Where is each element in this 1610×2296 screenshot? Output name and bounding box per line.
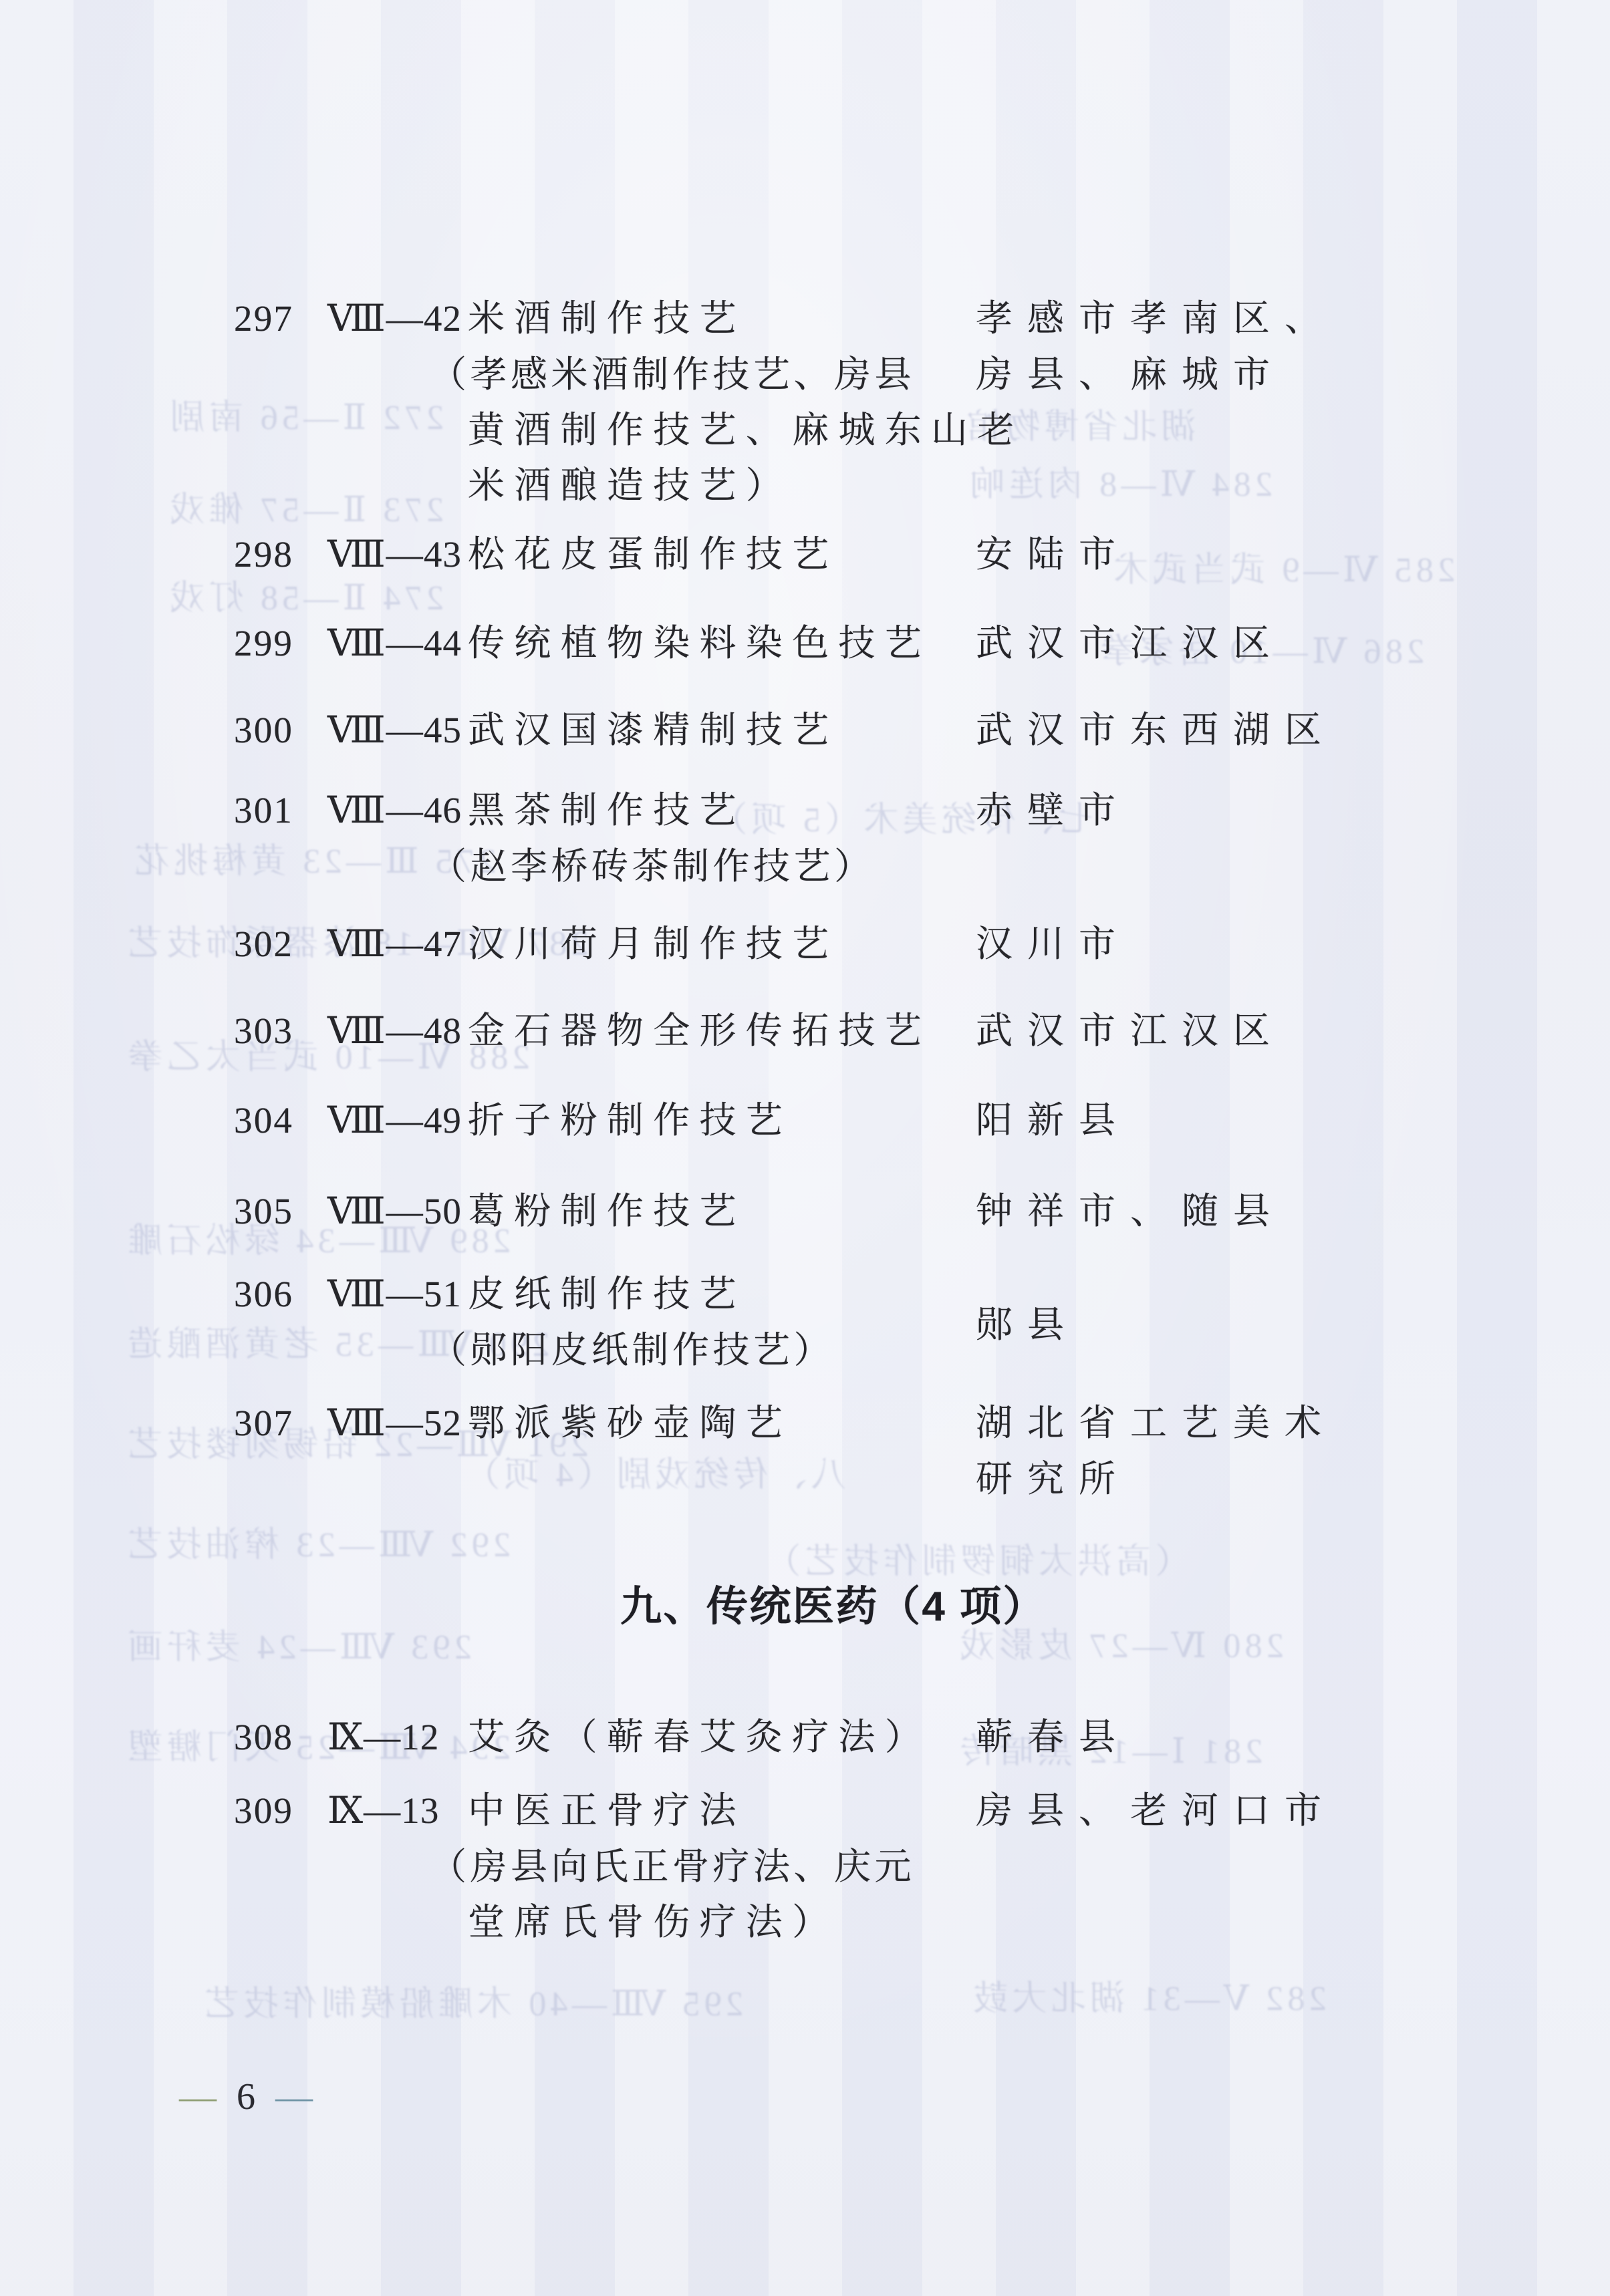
- entry-location-line: 孝感市孝南区、: [976, 299, 1336, 339]
- list-item: 304 Ⅷ—49 折子粉制作技艺 阳新县: [0, 1101, 1610, 1157]
- entry-code: Ⅷ—42: [327, 299, 462, 339]
- entry-location-line: 郧县: [976, 1305, 1079, 1345]
- entry-name-line: 黑茶制作技艺: [468, 791, 746, 831]
- bleedthrough-text: 282 Ⅴ—31 湖北大鼓: [969, 1981, 1327, 2018]
- bleedthrough-text: （高洪太铜锣制作技艺）: [762, 1544, 1190, 1581]
- entry-name-line: 汉川荷月制作技艺: [468, 924, 838, 964]
- entry-name-line: 松花皮蛋制作技艺: [468, 535, 838, 575]
- entry-number: 297: [234, 299, 293, 339]
- entry-code: Ⅷ—44: [327, 623, 462, 664]
- entry-name-line: 葛粉制作技艺: [468, 1191, 746, 1232]
- entry-name-line: 皮纸制作技艺: [468, 1274, 746, 1314]
- entry-name-line: 传统植物染料染色技艺: [468, 623, 931, 664]
- entry-number: 298: [234, 535, 293, 575]
- entry-name-line: 武汉国漆精制技艺: [468, 710, 838, 750]
- entry-number: 302: [234, 924, 293, 964]
- entry-location-line: 武汉市江汉区: [976, 1011, 1285, 1051]
- list-item: 308 Ⅸ—12 艾灸（蕲春艾灸疗法） 蕲春县: [0, 1717, 1610, 1773]
- entry-location-line: 阳新县: [976, 1101, 1130, 1141]
- entry-location-line: 房县、麻城市: [976, 355, 1285, 395]
- entry-number: 306: [234, 1274, 293, 1314]
- footer-dash-left: —: [179, 2077, 217, 2117]
- entry-code: Ⅷ—47: [327, 924, 462, 964]
- entry-location-line: 房县、老河口市: [976, 1791, 1336, 1831]
- list-item: 298 Ⅷ—43 松花皮蛋制作技艺 安陆市: [0, 535, 1610, 591]
- entry-number: 308: [234, 1717, 293, 1757]
- entry-location-line: 汉川市: [976, 924, 1130, 964]
- entry-code: Ⅷ—49: [327, 1101, 462, 1141]
- entry-location-line: 安陆市: [976, 535, 1130, 575]
- entry-number: 304: [234, 1101, 293, 1141]
- entry-code: Ⅸ—12: [327, 1717, 439, 1757]
- entry-name-line: （赵李桥砖茶制作技艺）: [430, 847, 875, 887]
- footer-dash-right: —: [275, 2077, 313, 2117]
- entry-code: Ⅷ—52: [327, 1403, 462, 1443]
- bleedthrough-text: 295 Ⅷ—40 木雕船模制作技艺: [200, 1986, 743, 2023]
- entry-location-line: 湖北省工艺美术: [976, 1403, 1336, 1443]
- entry-code: Ⅷ—45: [327, 710, 462, 750]
- entry-code: Ⅷ—48: [327, 1011, 462, 1051]
- list-item: 299 Ⅷ—44 传统植物染料染色技艺 武汉市江汉区: [0, 623, 1610, 680]
- entry-number: 305: [234, 1191, 293, 1232]
- entry-name-line: 堂席氏骨伤疗法）: [468, 1902, 838, 1943]
- entry-location-line: 武汉市江汉区: [976, 623, 1285, 664]
- bleedthrough-text: 273 Ⅱ—57 傩戏: [166, 492, 444, 529]
- entry-code: Ⅷ—46: [327, 791, 462, 831]
- bleedthrough-text: 293 Ⅷ—24 麦秆画: [124, 1629, 472, 1667]
- entry-code: Ⅷ—51: [327, 1274, 462, 1314]
- entry-name-line: 艾灸（蕲春艾灸疗法）: [468, 1717, 931, 1757]
- scanned-document-page: 272 Ⅱ—56 南剧 湖北省博物馆 284 Ⅵ—8 肉连响 273 Ⅱ—57 …: [0, 0, 1610, 2296]
- entry-name-line: 折子粉制作技艺: [468, 1101, 792, 1141]
- list-item: 302 Ⅷ—47 汉川荷月制作技艺 汉川市: [0, 924, 1610, 980]
- entry-name-line: （郧阳皮纸制作技艺）: [430, 1330, 834, 1371]
- bleedthrough-text: 284 Ⅵ—8 肉连响: [966, 466, 1272, 504]
- page-footer: — 6 —: [179, 2077, 313, 2117]
- entry-name-line: 黄酒制作技艺、麻城东山老: [468, 410, 1024, 450]
- entry-location-line: 赤壁市: [976, 791, 1130, 831]
- list-item: 301 Ⅷ—46 黑茶制作技艺 （赵李桥砖茶制作技艺） 赤壁市: [0, 791, 1610, 847]
- entry-number: 303: [234, 1011, 293, 1051]
- entry-location-line: 钟祥市、随县: [976, 1191, 1285, 1232]
- list-item: 307 Ⅷ—52 鄂派紫砂壶陶艺 湖北省工艺美术 研究所: [0, 1403, 1610, 1459]
- entry-location-line: 研究所: [976, 1459, 1130, 1499]
- bleedthrough-text: 280 Ⅳ—27 皮影戏: [956, 1628, 1284, 1665]
- entry-name-line: 金石器物全形传拓技艺: [468, 1011, 931, 1051]
- entry-name-line: 中医正骨疗法: [468, 1791, 746, 1831]
- list-item: 303 Ⅷ—48 金石器物全形传拓技艺 武汉市江汉区: [0, 1011, 1610, 1067]
- entry-name-line: （房县向氏正骨疗法、庆元: [430, 1847, 915, 1887]
- bleedthrough-text: 272 Ⅱ—56 南剧: [166, 400, 444, 437]
- list-item: 309 Ⅸ—13 中医正骨疗法 （房县向氏正骨疗法、庆元 堂席氏骨伤疗法） 房县…: [0, 1791, 1610, 1847]
- list-item: 297 Ⅷ—42 米酒制作技艺 （孝感米酒制作技艺、房县 黄酒制作技艺、麻城东山…: [0, 299, 1610, 355]
- entry-name-line: 鄂派紫砂壶陶艺: [468, 1403, 792, 1443]
- entry-number: 307: [234, 1403, 293, 1443]
- entry-number: 300: [234, 710, 293, 750]
- entry-name-line: 米酒酿造技艺）: [468, 466, 792, 506]
- entry-code: Ⅷ—50: [327, 1191, 462, 1232]
- list-item: 300 Ⅷ—45 武汉国漆精制技艺 武汉市东西湖区: [0, 710, 1610, 766]
- page-number: 6: [237, 2077, 255, 2117]
- list-item: 306 Ⅷ—51 皮纸制作技艺 （郧阳皮纸制作技艺） 郧县: [0, 1274, 1610, 1330]
- entry-number: 299: [234, 623, 293, 664]
- entry-code: Ⅸ—13: [327, 1791, 439, 1831]
- bleedthrough-text: 八、传统戏剧（4 项）: [461, 1457, 846, 1494]
- entry-name-line: （孝感米酒制作技艺、房县: [430, 355, 915, 395]
- list-item: 305 Ⅷ—50 葛粉制作技艺 钟祥市、随县: [0, 1191, 1610, 1248]
- entry-code: Ⅷ—43: [327, 535, 462, 575]
- section-title: 九、传统医药（4 项）: [620, 1585, 1046, 1629]
- entry-number: 309: [234, 1791, 293, 1831]
- entry-name-line: 米酒制作技艺: [468, 299, 746, 339]
- entry-number: 301: [234, 791, 293, 831]
- entry-location-line: 武汉市东西湖区: [976, 710, 1336, 750]
- bleedthrough-text: 292 Ⅷ—23 榨油技艺: [124, 1527, 511, 1564]
- entry-location-line: 蕲春县: [976, 1717, 1130, 1757]
